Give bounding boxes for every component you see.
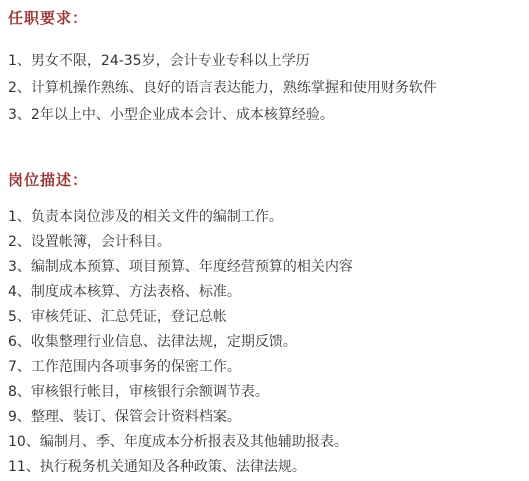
list-item: 11、执行税务机关通知及各种政策、法律法规。 (8, 455, 529, 480)
list-item: 8、审核银行帐目，审核银行余额调节表。 (8, 380, 529, 405)
list-item: 9、整理、装订、保管会计资料档案。 (8, 405, 529, 430)
list-item: 10、编制月、季、年度成本分析报表及其他辅助报表。 (8, 430, 529, 455)
section-job-description: 岗位描述： 1、负责本岗位涉及的相关文件的编制工作。 2、设置帐簿，会计科目。 … (0, 172, 529, 480)
list-item: 2、设置帐簿，会计科目。 (8, 230, 529, 255)
list-item: 1、负责本岗位涉及的相关文件的编制工作。 (8, 205, 529, 230)
list-item: 2、计算机操作熟练、良好的语言表达能力，熟练掌握和使用财务软件 (8, 75, 529, 102)
list-item: 3、编制成本预算、项目预算、年度经营预算的相关内容 (8, 255, 529, 280)
section-job-requirements: 任职要求： 1、男女不限，24-35岁，会计专业专科以上学历 2、计算机操作熟练… (0, 0, 529, 129)
list-item: 4、制度成本核算、方法表格、标准。 (8, 280, 529, 305)
job-posting-page: 任职要求： 1、男女不限，24-35岁，会计专业专科以上学历 2、计算机操作熟练… (0, 0, 529, 481)
list-item: 7、工作范围内各项事务的保密工作。 (8, 355, 529, 380)
job-description-list: 1、负责本岗位涉及的相关文件的编制工作。 2、设置帐簿，会计科目。 3、编制成本… (0, 205, 529, 480)
job-requirements-heading: 任职要求： (0, 0, 529, 27)
list-item: 1、男女不限，24-35岁，会计专业专科以上学历 (8, 48, 529, 75)
list-item: 6、收集整理行业信息、法律法规，定期反馈。 (8, 330, 529, 355)
job-description-heading: 岗位描述： (0, 172, 529, 189)
list-item: 3、2年以上中、小型企业成本会计、成本核算经验。 (8, 102, 529, 129)
job-requirements-list: 1、男女不限，24-35岁，会计专业专科以上学历 2、计算机操作熟练、良好的语言… (0, 48, 529, 129)
list-item: 5、审核凭证、汇总凭证，登记总帐 (8, 305, 529, 330)
